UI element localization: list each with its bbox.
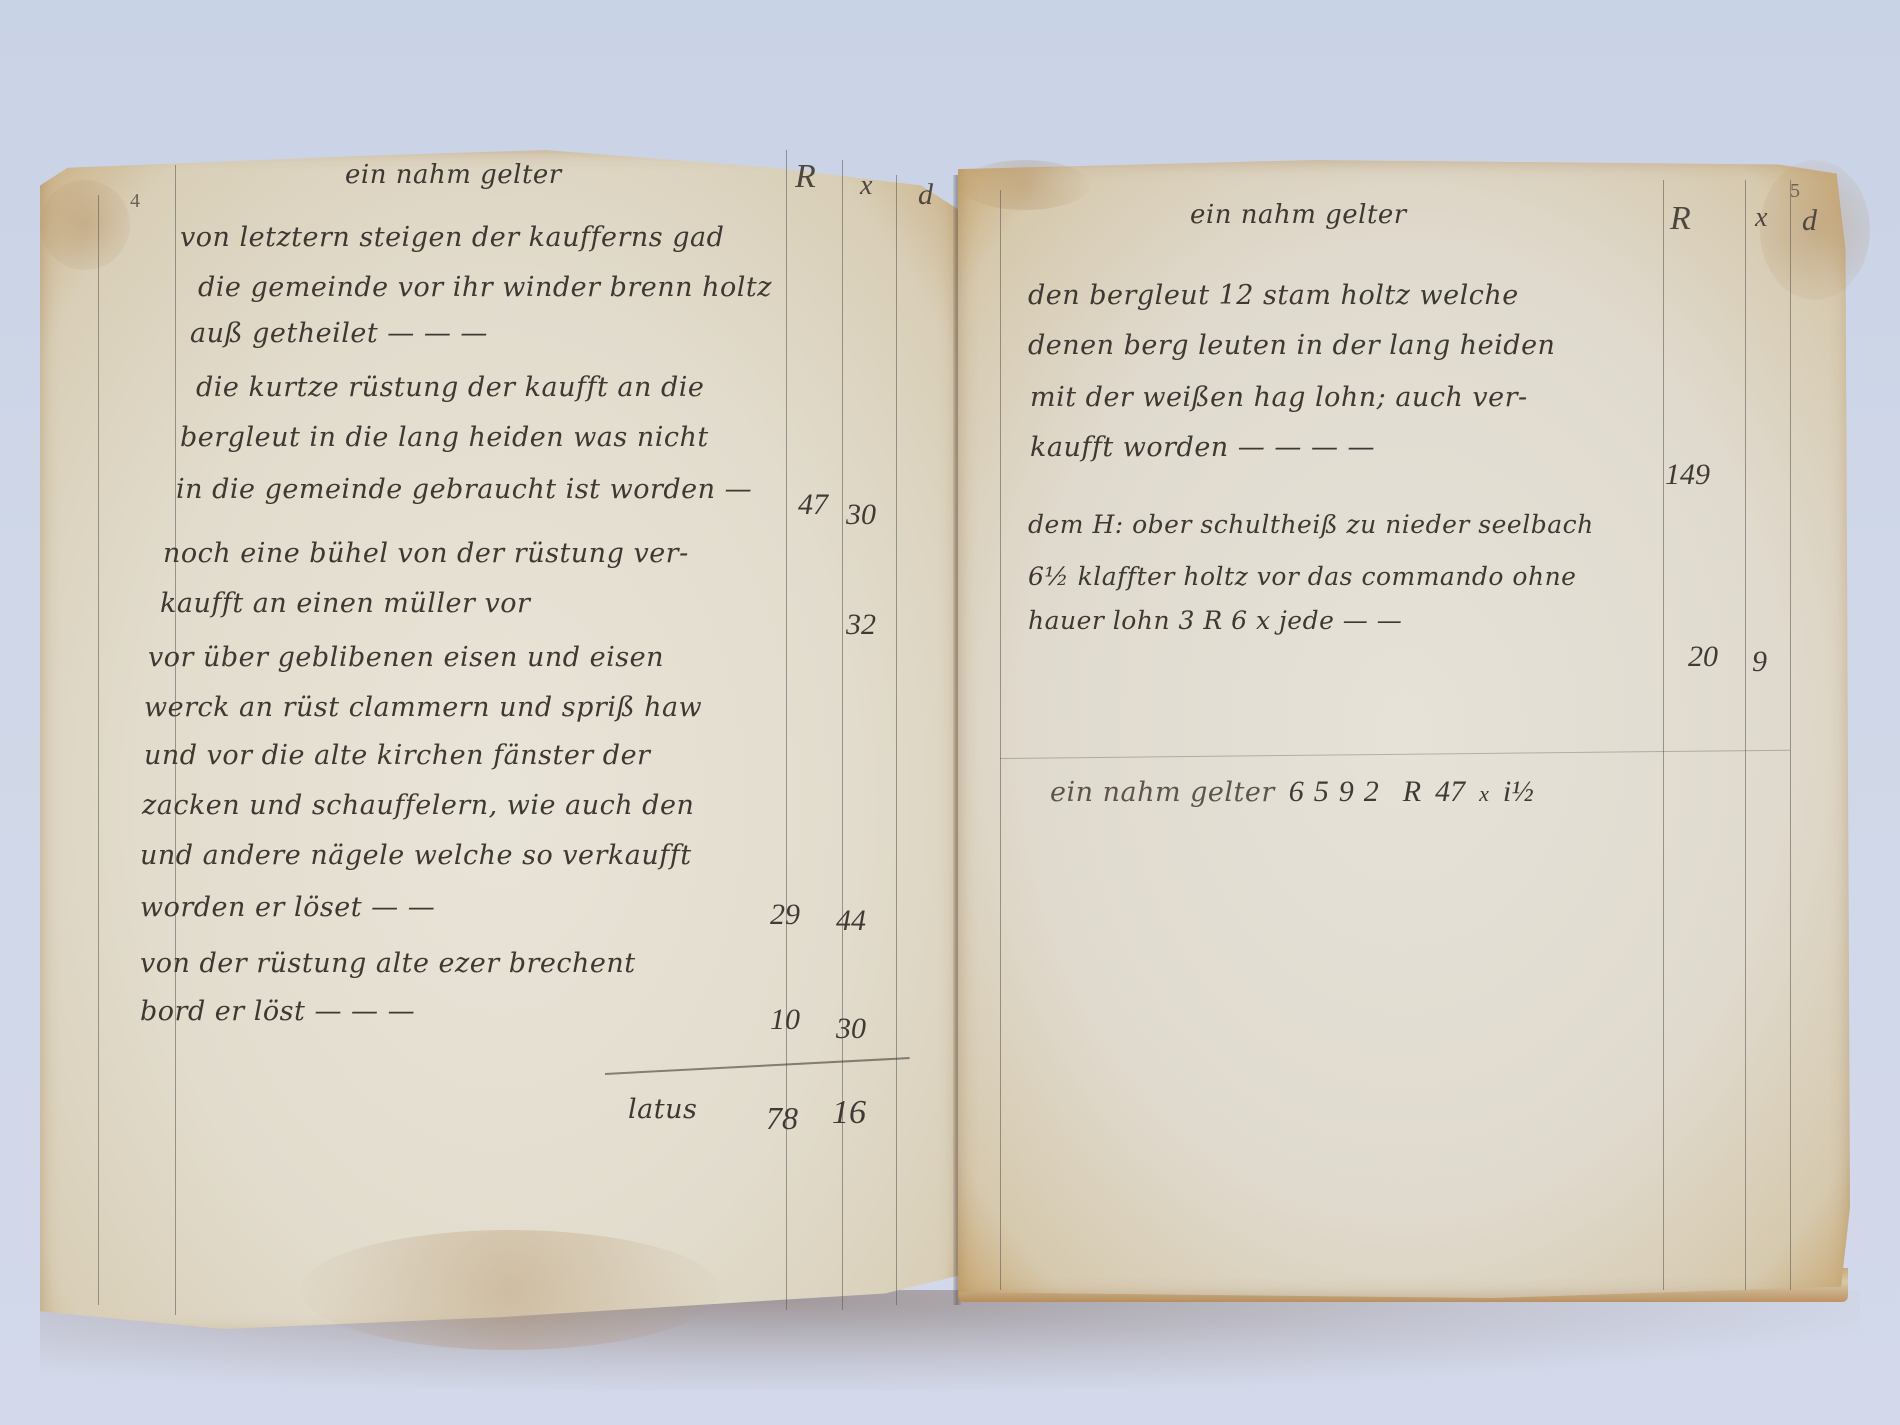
- total-label: latus: [628, 1094, 697, 1125]
- left-entry-line: und andere nägele welche so verkaufft: [140, 840, 692, 871]
- left-entry-line: von letztern steigen der kaufferns gad: [180, 222, 724, 253]
- right-col-header-x: x: [1755, 202, 1767, 234]
- left-entry-line: bergleut in die lang heiden was nicht: [180, 422, 709, 453]
- summary-x-symbol: x: [1479, 781, 1489, 807]
- left-amount-x: 30: [846, 498, 876, 532]
- right-column-rule-x: [1745, 180, 1746, 1290]
- paper-stain: [40, 180, 130, 270]
- summary-amount-R: 6592: [1289, 775, 1389, 809]
- page-number-left: 4: [130, 190, 140, 213]
- right-entry-line: 6½ klaffter holtz vor das commando ohne: [1028, 562, 1576, 591]
- total-x: 16: [832, 1094, 866, 1132]
- left-amount-x: 30: [836, 1012, 866, 1046]
- left-entry-line: vor über geblibenen eisen und eisen: [148, 642, 664, 673]
- total-R: 78: [766, 1100, 798, 1137]
- left-col-header-d: d: [918, 178, 933, 212]
- income-summary: ein nahm gelter 6592 R 47 x i½: [1050, 775, 1534, 809]
- right-entry-line: denen berg leuten in der lang heiden: [1028, 330, 1555, 361]
- left-entry-line: bord er löst — — —: [140, 996, 415, 1027]
- paper-stain: [960, 160, 1090, 210]
- left-entry-line: werck an rüst clammern und spriß haw: [144, 692, 702, 723]
- left-col-header-x: x: [860, 170, 872, 202]
- left-col-header-R: R: [795, 158, 816, 196]
- summary-amount-x: 47: [1435, 775, 1465, 809]
- right-entry-line: hauer lohn 3 R 6 x jede — —: [1028, 606, 1402, 635]
- left-amount-R: 29: [770, 898, 800, 932]
- left-amount-x: 32: [846, 608, 876, 642]
- left-entry-line: auß getheilet — — —: [190, 318, 488, 349]
- right-entry-line: kaufft worden — — — —: [1030, 432, 1375, 463]
- right-entry-line: dem H: ober schultheiß zu nieder seelbac…: [1028, 510, 1594, 539]
- left-margin-rule-outer: [98, 195, 99, 1305]
- left-page-heading: ein nahm gelter: [345, 160, 562, 190]
- left-entry-line: die kurtze rüstung der kaufft an die: [196, 372, 704, 403]
- right-page-heading: ein nahm gelter: [1190, 200, 1407, 230]
- left-entry-line: kaufft an einen müller vor: [160, 588, 530, 619]
- left-entry-line: von der rüstung alte ezer brechent: [140, 948, 636, 979]
- right-amount-R: 20: [1688, 640, 1718, 674]
- left-amount-x: 44: [836, 904, 866, 938]
- left-entry-line: und vor die alte kirchen fänster der: [144, 740, 650, 771]
- right-amount-x: 9: [1752, 645, 1767, 679]
- page-number-right: 5: [1790, 180, 1800, 203]
- left-column-rule-x: [842, 160, 843, 1310]
- left-amount-R: 10: [770, 1003, 800, 1037]
- summary-R-symbol: R: [1403, 775, 1421, 809]
- summary-label: ein nahm gelter: [1050, 777, 1275, 808]
- right-col-header-d: d: [1802, 204, 1817, 238]
- left-entry-line: worden er löset — —: [140, 892, 435, 923]
- paper-stain: [300, 1230, 720, 1350]
- right-col-header-R: R: [1670, 200, 1691, 238]
- left-entry-line: noch eine bühel von der rüstung ver-: [163, 538, 689, 569]
- left-entry-line: die gemeinde vor ihr winder brenn holtz: [198, 272, 772, 303]
- right-margin-rule: [1000, 190, 1001, 1290]
- right-amount-R: 149: [1665, 458, 1710, 492]
- right-entry-line: mit der weißen hag lohn; auch ver-: [1030, 382, 1528, 413]
- right-column-rule-R: [1663, 180, 1664, 1290]
- left-column-rule-d: [896, 175, 897, 1305]
- right-column-rule-d: [1790, 180, 1791, 1290]
- left-entry-line: in die gemeinde gebraucht ist worden —: [176, 474, 752, 505]
- left-entry-line: zacken und schauffelern, wie auch den: [142, 790, 694, 821]
- left-amount-R: 47: [798, 488, 828, 522]
- summary-amount-d: i½: [1503, 775, 1534, 809]
- right-entry-line: den bergleut 12 stam holtz welche: [1028, 280, 1519, 311]
